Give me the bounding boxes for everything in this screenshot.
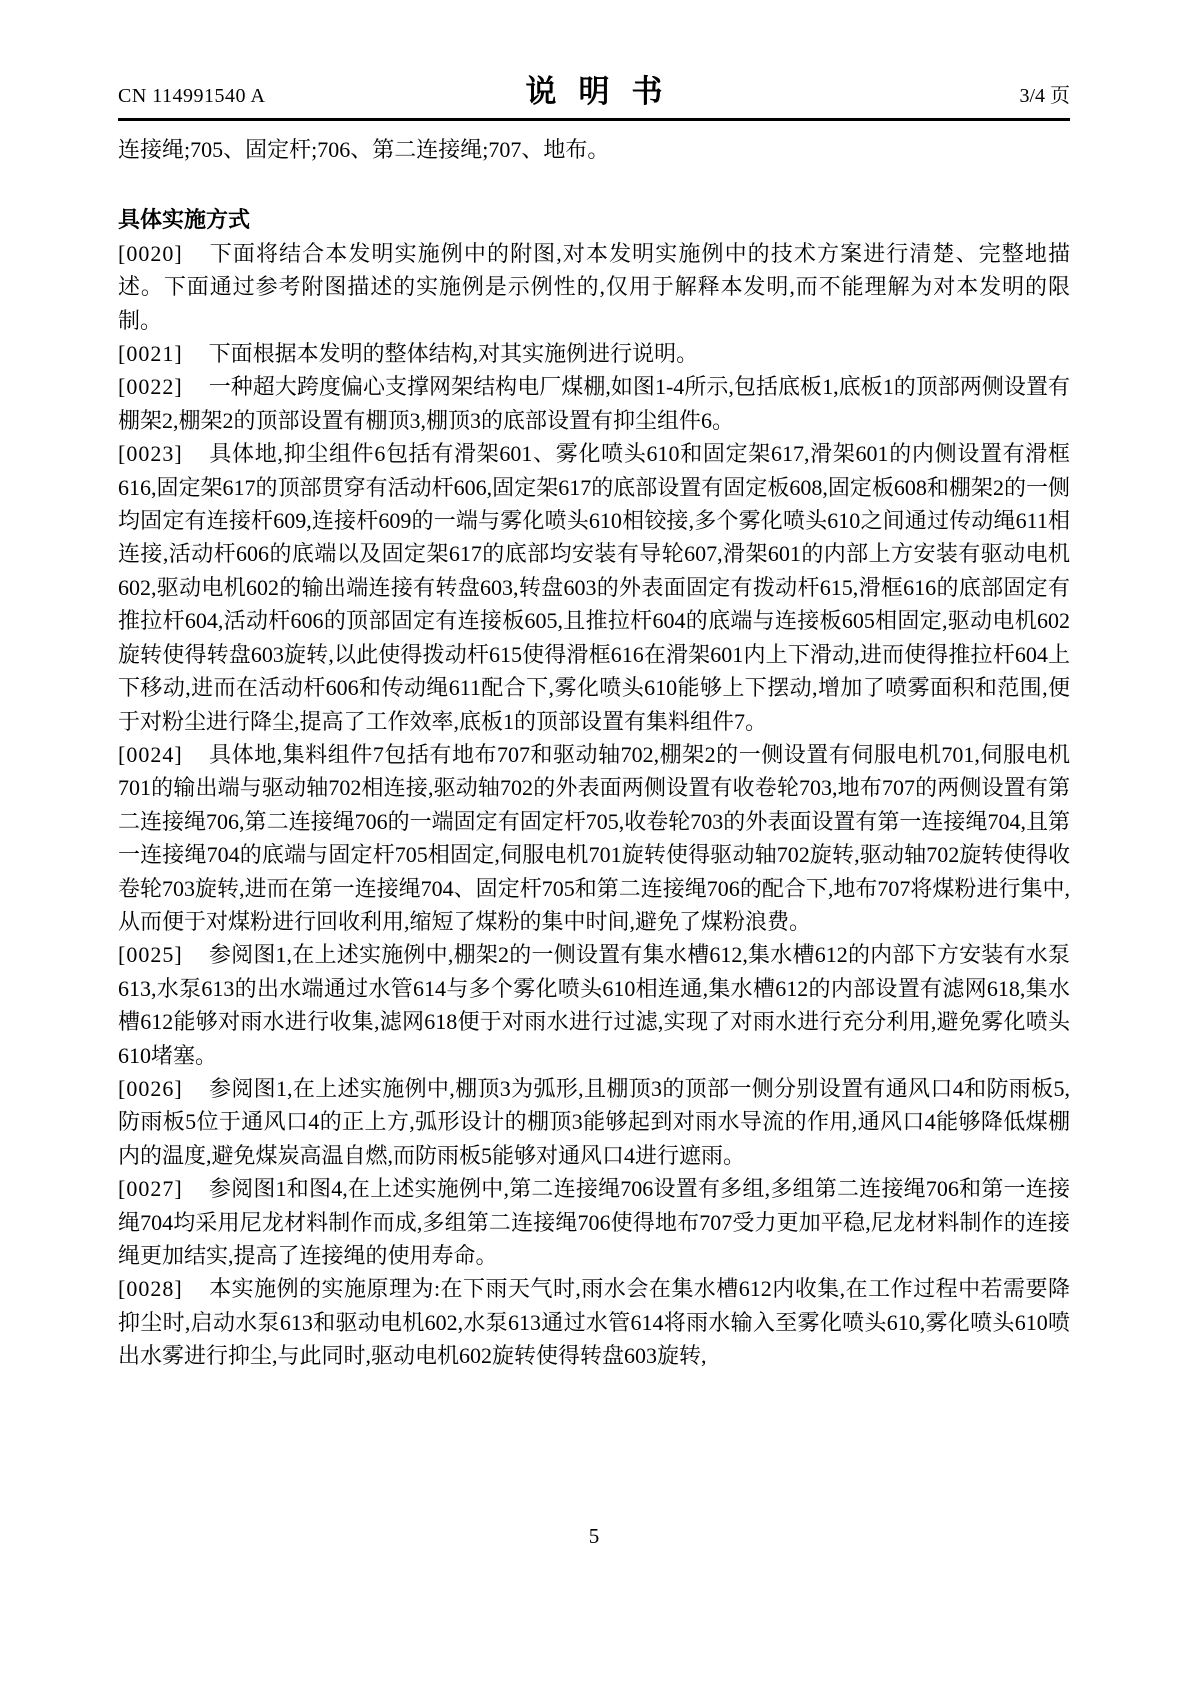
page-header: CN 114991540 A 说明书 3/4 页 xyxy=(118,0,1070,111)
paragraph-tag: [0026] xyxy=(118,1072,183,1105)
paragraph-tag: [0023] xyxy=(118,437,183,470)
paragraph-text: 本实施例的实施原理为:在下雨天气时,雨水会在集水槽612内收集,在工作过程中若需… xyxy=(118,1276,1070,1368)
header-divider xyxy=(118,118,1070,121)
paragraph-tag: [0020] xyxy=(118,237,183,270)
paragraph-0027: [0027]参阅图1和图4,在上述实施例中,第二连接绳706设置有多组,多组第二… xyxy=(118,1172,1070,1272)
paragraph-tag: [0025] xyxy=(118,938,183,971)
document-body: 连接绳;705、固定杆;706、第二连接绳;707、地布。 具体实施方式 [00… xyxy=(118,133,1070,1373)
paragraph-text: 具体地,集料组件7包括有地布707和驱动轴702,棚架2的一侧设置有伺服电机70… xyxy=(118,742,1070,934)
paragraph-text: 参阅图1和图4,在上述实施例中,第二连接绳706设置有多组,多组第二连接绳706… xyxy=(118,1176,1070,1268)
document-title: 说明书 xyxy=(526,66,685,111)
paragraph-text: 下面根据本发明的整体结构,对其实施例进行说明。 xyxy=(209,341,699,366)
paragraph-text: 参阅图1,在上述实施例中,棚顶3为弧形,且棚顶3的顶部一侧分别设置有通风口4和防… xyxy=(118,1076,1070,1168)
paragraph-tag: [0028] xyxy=(118,1272,183,1305)
section-heading: 具体实施方式 xyxy=(118,203,1070,236)
paragraph-tag: [0021] xyxy=(118,337,183,370)
paragraph-0026: [0026]参阅图1,在上述实施例中,棚顶3为弧形,且棚顶3的顶部一侧分别设置有… xyxy=(118,1072,1070,1172)
paragraph-text: 参阅图1,在上述实施例中,棚架2的一侧设置有集水槽612,集水槽612的内部下方… xyxy=(118,942,1070,1067)
paragraph-tag: [0024] xyxy=(118,738,183,771)
page-indicator: 3/4 页 xyxy=(1019,79,1070,108)
continuation-line: 连接绳;705、固定杆;706、第二连接绳;707、地布。 xyxy=(118,133,1070,166)
paragraph-text: 具体地,抑尘组件6包括有滑架601、雾化喷头610和固定架617,滑架601的内… xyxy=(118,441,1070,733)
paragraph-0021: [0021]下面根据本发明的整体结构,对其实施例进行说明。 xyxy=(118,337,1070,370)
paragraph-tag: [0022] xyxy=(118,370,183,403)
paragraph-0023: [0023]具体地,抑尘组件6包括有滑架601、雾化喷头610和固定架617,滑… xyxy=(118,437,1070,738)
document-number: CN 114991540 A xyxy=(118,85,265,108)
paragraph-0020: [0020]下面将结合本发明实施例中的附图,对本发明实施例中的技术方案进行清楚、… xyxy=(118,237,1070,337)
paragraph-tag: [0027] xyxy=(118,1172,183,1205)
paragraph-0028: [0028]本实施例的实施原理为:在下雨天气时,雨水会在集水槽612内收集,在工… xyxy=(118,1272,1070,1372)
page-number: 5 xyxy=(118,1524,1070,1549)
paragraph-text: 一种超大跨度偏心支撑网架结构电厂煤棚,如图1-4所示,包括底板1,底板1的顶部两… xyxy=(118,374,1070,432)
paragraph-0025: [0025]参阅图1,在上述实施例中,棚架2的一侧设置有集水槽612,集水槽61… xyxy=(118,938,1070,1072)
patent-specification-page: CN 114991540 A 说明书 3/4 页 连接绳;705、固定杆;706… xyxy=(118,0,1070,1684)
paragraph-0022: [0022]一种超大跨度偏心支撑网架结构电厂煤棚,如图1-4所示,包括底板1,底… xyxy=(118,370,1070,437)
paragraph-text: 下面将结合本发明实施例中的附图,对本发明实施例中的技术方案进行清楚、完整地描述。… xyxy=(118,241,1070,333)
paragraph-0024: [0024]具体地,集料组件7包括有地布707和驱动轴702,棚架2的一侧设置有… xyxy=(118,738,1070,938)
